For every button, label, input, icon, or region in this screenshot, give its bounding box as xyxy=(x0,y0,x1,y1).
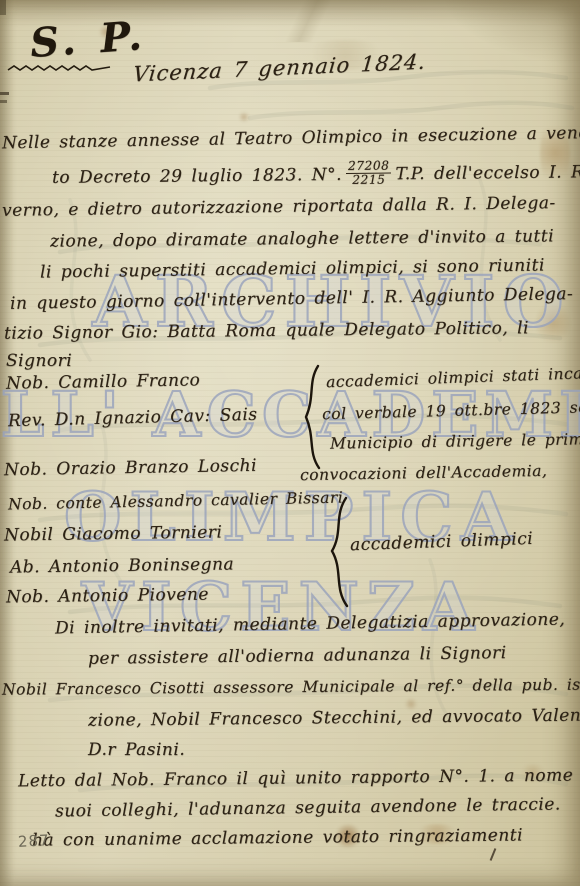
attendee-name: Ab. Antonio Boninsegna xyxy=(10,554,234,577)
protocol-denominator: 2215 xyxy=(346,173,392,186)
manuscript-scan: { "document": { "archive_mark": "S. P.",… xyxy=(0,0,580,886)
body-line: to Decreto 29 luglio 1823. N°.272082215T… xyxy=(52,157,580,190)
body-line: D.r Pasini. xyxy=(88,740,185,760)
attendee-name: Nobil Giacomo Tornieri xyxy=(4,522,223,545)
body-line: Signori xyxy=(6,351,72,371)
folio-number: 287 xyxy=(18,831,51,851)
attendee-name: Nob. Antonio Piovene xyxy=(6,585,209,608)
protocol-number-fraction: 272082215 xyxy=(346,159,392,186)
attendee-name: Nob. Camillo Franco xyxy=(6,370,201,393)
archive-classification-mark: S. P. xyxy=(29,12,148,67)
line-text: to Decreto 29 luglio 1823. N°. xyxy=(52,165,342,188)
line-text: T.P. dell'eccelso I. R. Go- xyxy=(395,162,580,184)
